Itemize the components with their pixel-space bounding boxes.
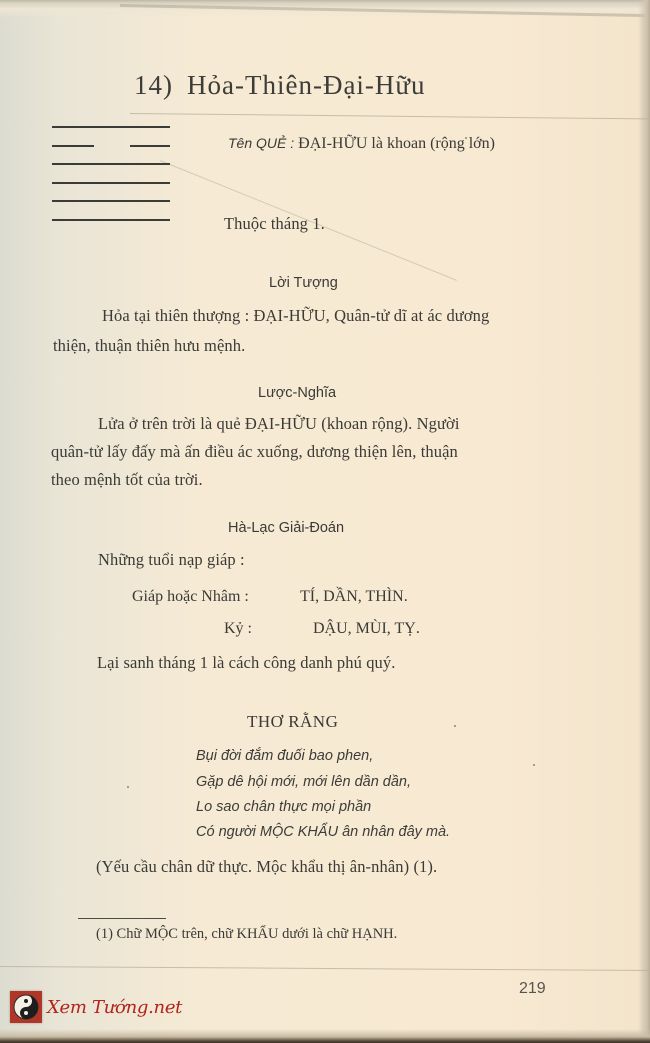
nap-giap-value: TÍ, DẦN, THÌN. xyxy=(300,588,408,606)
hexagram-line-solid xyxy=(52,219,172,221)
hexagram-line-solid xyxy=(52,182,172,184)
hexagram-line-broken xyxy=(52,145,172,147)
nap-giap-label: Kỷ : xyxy=(224,620,252,638)
scanned-book-page: 14)Hỏa-Thiên-Đại-Hữu Tên QUẺ : ĐẠI-HỮU l… xyxy=(0,0,650,1043)
print-speck xyxy=(127,786,129,788)
paper-fold-line xyxy=(0,966,650,971)
chapter-name: Hỏa-Thiên-Đại-Hữu xyxy=(187,70,426,100)
watermark: Xem Tướng.net xyxy=(10,990,182,1024)
gua-label: Tên QUẺ : xyxy=(228,135,294,151)
footnote: (1) Chữ MỘC trên, chữ KHẨU dưới là chữ H… xyxy=(96,926,397,943)
print-speck xyxy=(454,725,456,727)
paragraph-line: theo mệnh tốt của trời. xyxy=(51,470,203,490)
poem-line: Có người MỘC KHẨU ân nhân đây mà. xyxy=(196,824,450,840)
section-heading-loi-tuong: Lời Tượng xyxy=(269,275,338,291)
gua-name: Tên QUẺ : ĐẠI-HỮU là khoan (rộng lớn) xyxy=(228,135,495,153)
chapter-title: 14)Hỏa-Thiên-Đại-Hữu xyxy=(134,70,426,101)
watermark-text: Xem Tướng.net xyxy=(47,997,182,1018)
paper-fold-line xyxy=(130,113,650,119)
nap-giap-label: Giáp hoặc Nhâm : xyxy=(132,588,249,606)
hexagram-line-solid xyxy=(52,200,172,202)
hexagram-dai-huu xyxy=(52,126,172,237)
footnote-divider xyxy=(78,918,166,919)
poem-line: Lo sao chân thực mọi phần xyxy=(196,799,371,815)
section-heading-ha-lac: Hà-Lạc Giải-Đoán xyxy=(228,520,344,536)
chapter-number: 14) xyxy=(134,70,173,100)
page-number: 219 xyxy=(519,980,546,998)
yin-yang-icon xyxy=(10,991,42,1023)
paragraph-line: Những tuổi nạp giáp : xyxy=(98,550,245,570)
print-speck xyxy=(465,137,467,139)
poem-title: THƠ RẰNG xyxy=(247,712,338,732)
page-right-edge xyxy=(638,0,650,1043)
section-heading-luoc-nghia: Lược-Nghĩa xyxy=(258,385,336,401)
hexagram-line-solid xyxy=(52,163,172,165)
poem-line: Bụi đời đắm đuối bao phen, xyxy=(196,748,373,764)
poem-line: Gặp dê hội mới, mới lên dần dần, xyxy=(196,774,411,790)
print-speck xyxy=(533,764,535,766)
hexagram-line-solid xyxy=(52,126,172,128)
paragraph-line: Hỏa tại thiên thượng : ĐẠI-HỮU, Quân-tử … xyxy=(102,306,489,326)
paragraph-line: Lửa ở trên trời là quẻ ĐẠI-HỮU (khoan rộ… xyxy=(98,414,460,434)
gua-month: Thuộc tháng 1. xyxy=(224,214,325,234)
nap-giap-value: DẬU, MÙI, TỴ. xyxy=(313,620,420,638)
poem-gloss: (Yếu cầu chân dữ thực. Mộc khẩu thị ân-n… xyxy=(96,857,437,877)
paragraph-line: Lại sanh tháng 1 là cách công danh phú q… xyxy=(97,653,395,673)
page-bottom-edge xyxy=(0,1029,650,1043)
paragraph-line: thiện, thuận thiên hưu mệnh. xyxy=(53,336,245,356)
paragraph-line: quân-tử lấy đấy mà ấn điều ác xuống, dươ… xyxy=(51,442,458,462)
